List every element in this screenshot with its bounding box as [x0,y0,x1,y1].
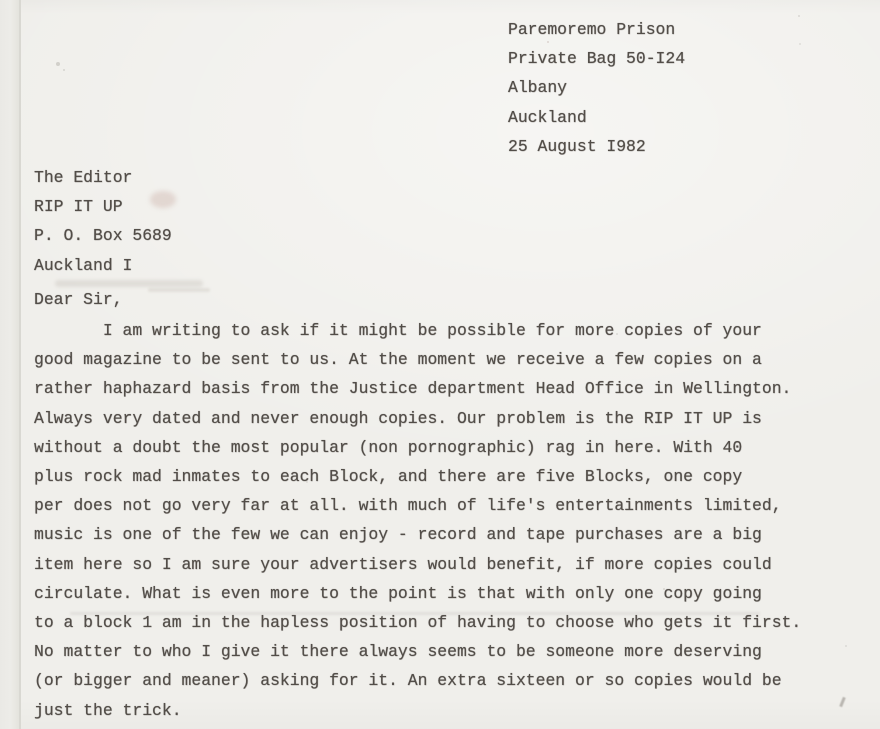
body-line: to a block 1 am in the hapless position … [34,608,801,637]
body-line: just the trick. [34,696,801,725]
body-line: (or bigger and meaner) asking for it. An… [34,666,801,695]
recipient-address-line: The Editor [34,163,172,192]
body-line: per does not go very far at all. with mu… [34,491,801,520]
body-line: item here so I am sure your advertisers … [34,550,801,579]
body-line: plus rock mad inmates to each Block, and… [34,462,801,491]
stray-pen-mark [839,697,846,707]
sender-address-line: Albany [508,73,685,102]
recipient-address-line: P. O. Box 5689 [34,221,172,250]
sender-address-line: Auckland [508,103,685,132]
sender-address-block: Paremoremo Prison Private Bag 50-I24 Alb… [508,15,685,161]
salutation: Dear Sir, [34,285,123,314]
letter-date: 25 August I982 [508,132,685,161]
body-line: without a doubt the most popular (non po… [34,433,801,462]
body-line: good magazine to be sent to us. At the m… [34,345,801,374]
body-line: Always very dated and never enough copie… [34,404,801,433]
eraser-smudge [148,288,210,292]
recipient-address-line: RIP IT UP [34,192,172,221]
recipient-address-block: The Editor RIP IT UP P. O. Box 5689 Auck… [34,163,172,280]
paper-specks [0,0,2,2]
body-line: No matter to who I give it there always … [34,637,801,666]
sender-address-line: Private Bag 50-I24 [508,44,685,73]
body-line: rather haphazard basis from the Justice … [34,374,801,403]
sender-address-line: Paremoremo Prison [508,15,685,44]
recipient-address-line: Auckland I [34,251,172,280]
body-line: I am writing to ask if it might be possi… [34,316,801,345]
letter-page: Paremoremo Prison Private Bag 50-I24 Alb… [0,0,880,729]
body-line: circulate. What is even more to the poin… [34,579,801,608]
body-line: music is one of the few we can enjoy - r… [34,520,801,549]
page-left-edge [0,0,21,729]
letter-body: I am writing to ask if it might be possi… [34,316,801,725]
